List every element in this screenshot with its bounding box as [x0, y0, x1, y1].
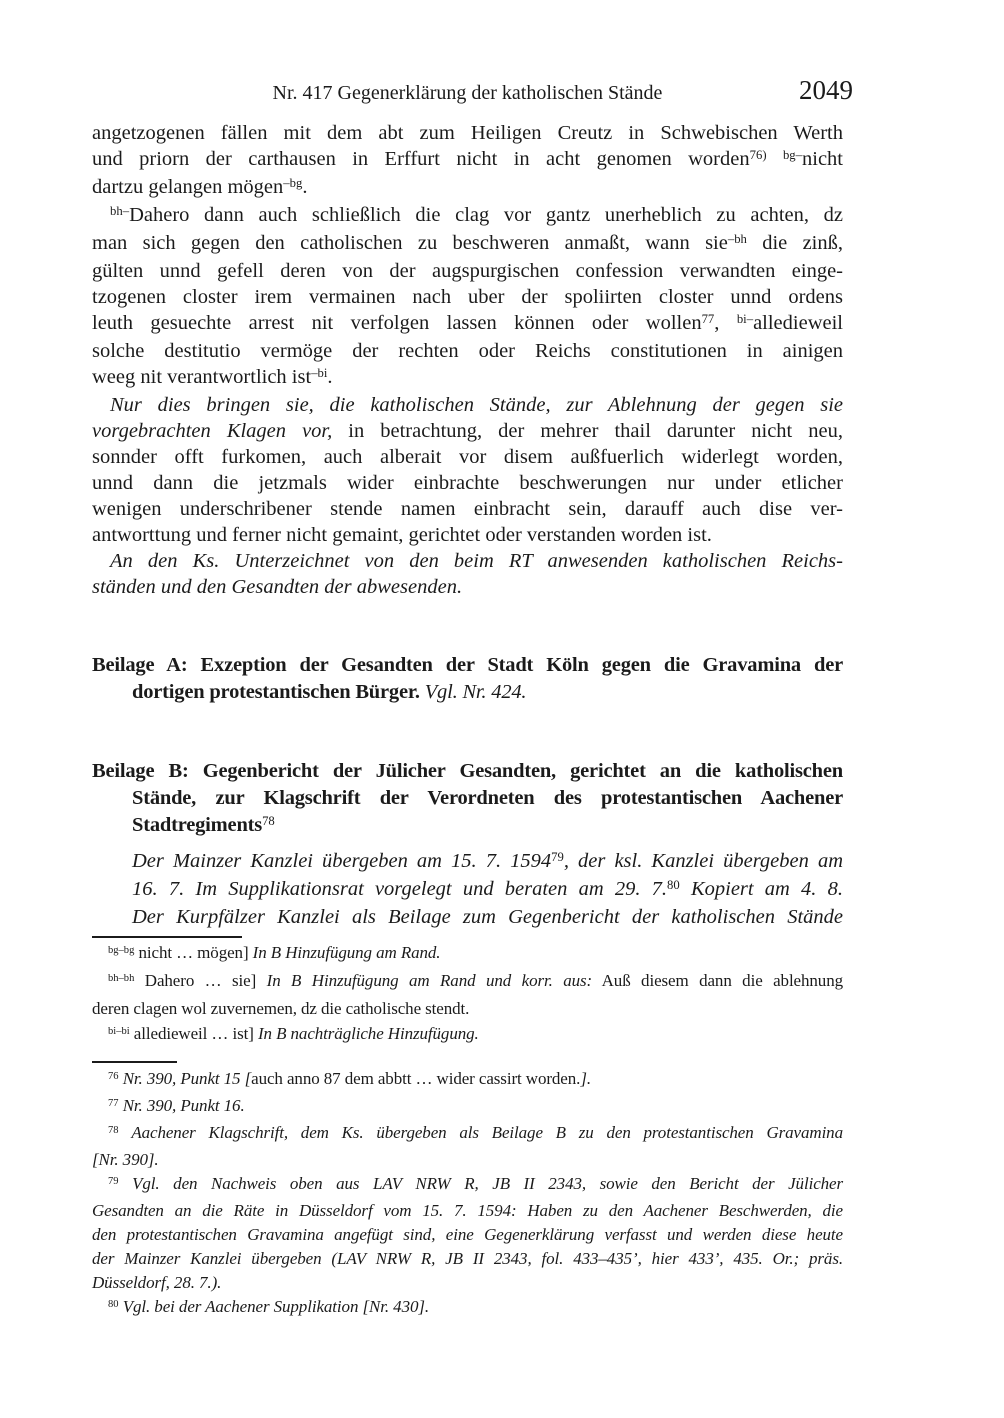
text-line: ständen und den Gesandten der abwesenden…: [92, 574, 843, 600]
footnote-79: 79 Vgl. den Nachweis oben aus LAV NRW R,…: [92, 1172, 843, 1295]
paragraph-2: bh–Dahero dann auch schließlich die clag…: [92, 202, 843, 392]
text-line: [Nr. 390].: [92, 1148, 843, 1172]
text-line: dortigen protestantischen Bürger. Vgl. N…: [92, 679, 843, 706]
apparatus-note-bh: bh–bh Dahero … sie] In B Hinzufügung am …: [92, 968, 843, 1021]
text-line: weeg nit verantwortlich ist–bi.: [92, 364, 843, 392]
footnote-77: 77 Nr. 390, Punkt 16.: [92, 1094, 843, 1121]
text-line: und priorn der carthausen in Erffurt nic…: [92, 146, 843, 174]
text-line: bh–Dahero dann auch schließlich die clag…: [92, 202, 843, 230]
text-line: bi–bi alledieweil … ist] In B nachträgli…: [92, 1021, 843, 1049]
text-line: 78 Aachener Klagschrift, dem Ks. übergeb…: [92, 1121, 843, 1148]
page-number: 2049: [799, 75, 853, 105]
paragraph-4: An den Ks. Unterzeichnet von den beim RT…: [92, 548, 843, 600]
text-line: 16. 7. Im Supplikationsrat vorgelegt und…: [132, 876, 843, 904]
text-line: 79 Vgl. den Nachweis oben aus LAV NRW R,…: [92, 1172, 843, 1199]
text-line: Stadtregiments78: [92, 812, 843, 841]
text-line: tzogenen closter irem vermainen nach ube…: [92, 284, 843, 310]
footnote-78: 78 Aachener Klagschrift, dem Ks. übergeb…: [92, 1121, 843, 1172]
body-text: angetzogenen fällen mit dem abt zum Heil…: [92, 120, 843, 930]
footnote-76: 76 Nr. 390, Punkt 15 [auch anno 87 dem a…: [92, 1067, 843, 1094]
text-line: Beilage A: Exzeption der Gesandten der S…: [92, 652, 843, 679]
book-page: Nr. 417 Gegenerklärung der katholischen …: [0, 0, 1004, 1418]
text-line: bh–bh Dahero … sie] In B Hinzufügung am …: [92, 968, 843, 996]
text-line: Gesandten an die Räte in Düsseldorf vom …: [92, 1199, 843, 1223]
apparatus-note-bg: bg–bg nicht … mögen] In B Hinzufügung am…: [92, 940, 843, 968]
footnote-80: 80 Vgl. bei der Aachener Supplikation [N…: [92, 1295, 843, 1322]
text-line: An den Ks. Unterzeichnet von den beim RT…: [92, 548, 843, 574]
page-header: Nr. 417 Gegenerklärung der katholischen …: [92, 80, 843, 106]
text-line: dartzu gelangen mögen–bg.: [92, 174, 843, 202]
footnote-separator: [92, 1061, 177, 1063]
paragraph-1: angetzogenen fällen mit dem abt zum Heil…: [92, 120, 843, 202]
text-line: Der Mainzer Kanzlei übergeben am 15. 7. …: [132, 848, 843, 876]
beilage-b-heading: Beilage B: Gegenbericht der Jülicher Ges…: [92, 758, 843, 841]
text-block: Nr. 417 Gegenerklärung der katholischen …: [92, 80, 843, 1322]
text-line: angetzogenen fällen mit dem abt zum Heil…: [92, 120, 843, 146]
paragraph-3: Nur dies bringen sie, die katholischen S…: [92, 392, 843, 548]
text-line: man sich gegen den catholischen zu besch…: [92, 230, 843, 258]
text-line: antworttung und ferner nicht gemaint, ge…: [92, 522, 843, 548]
text-line: Der Kurpfälzer Kanzlei als Beilage zum G…: [132, 904, 843, 930]
text-line: der Mainzer Kanzlei übergeben (LAV NRW R…: [92, 1247, 843, 1271]
text-line: deren clagen wol zuvernemen, dz die cath…: [92, 996, 843, 1021]
apparatus-note-bi: bi–bi alledieweil … ist] In B nachträgli…: [92, 1021, 843, 1049]
beilage-a-heading: Beilage A: Exzeption der Gesandten der S…: [92, 652, 843, 706]
text-line: Düsseldorf, 28. 7.).: [92, 1271, 843, 1295]
text-line: 77 Nr. 390, Punkt 16.: [92, 1094, 843, 1121]
text-line: unnd dann die jetzmals wider einbrachte …: [92, 470, 843, 496]
beilage-b-dateline: Der Mainzer Kanzlei übergeben am 15. 7. …: [132, 848, 843, 930]
text-line: bg–bg nicht … mögen] In B Hinzufügung am…: [92, 940, 843, 968]
text-line: Stände, zur Klagschrift der Verordneten …: [92, 785, 843, 812]
text-line: leuth gesuechte arrest nit verfolgen las…: [92, 310, 843, 338]
text-line: wenigen underschribener stende namen ein…: [92, 496, 843, 522]
text-line: Nur dies bringen sie, die katholischen S…: [92, 392, 843, 418]
text-line: gülten unnd gefell deren von der augspur…: [92, 258, 843, 284]
footnotes-list: 76 Nr. 390, Punkt 15 [auch anno 87 dem a…: [92, 1067, 843, 1322]
text-line: solche destitutio vermöge der rechten od…: [92, 338, 843, 364]
text-line: 80 Vgl. bei der Aachener Supplikation [N…: [92, 1295, 843, 1322]
running-head: Nr. 417 Gegenerklärung der katholischen …: [273, 82, 663, 104]
apparatus-notes: bg–bg nicht … mögen] In B Hinzufügung am…: [92, 940, 843, 1049]
text-line: sonnder offt furkomen, auch alberait vor…: [92, 444, 843, 470]
text-line: den protestantischen Gravamina angefügt …: [92, 1223, 843, 1247]
apparatus-separator: [92, 936, 242, 938]
text-line: Beilage B: Gegenbericht der Jülicher Ges…: [92, 758, 843, 785]
text-line: 76 Nr. 390, Punkt 15 [auch anno 87 dem a…: [92, 1067, 843, 1094]
text-line: vorgebrachten Klagen vor, in betrachtung…: [92, 418, 843, 444]
